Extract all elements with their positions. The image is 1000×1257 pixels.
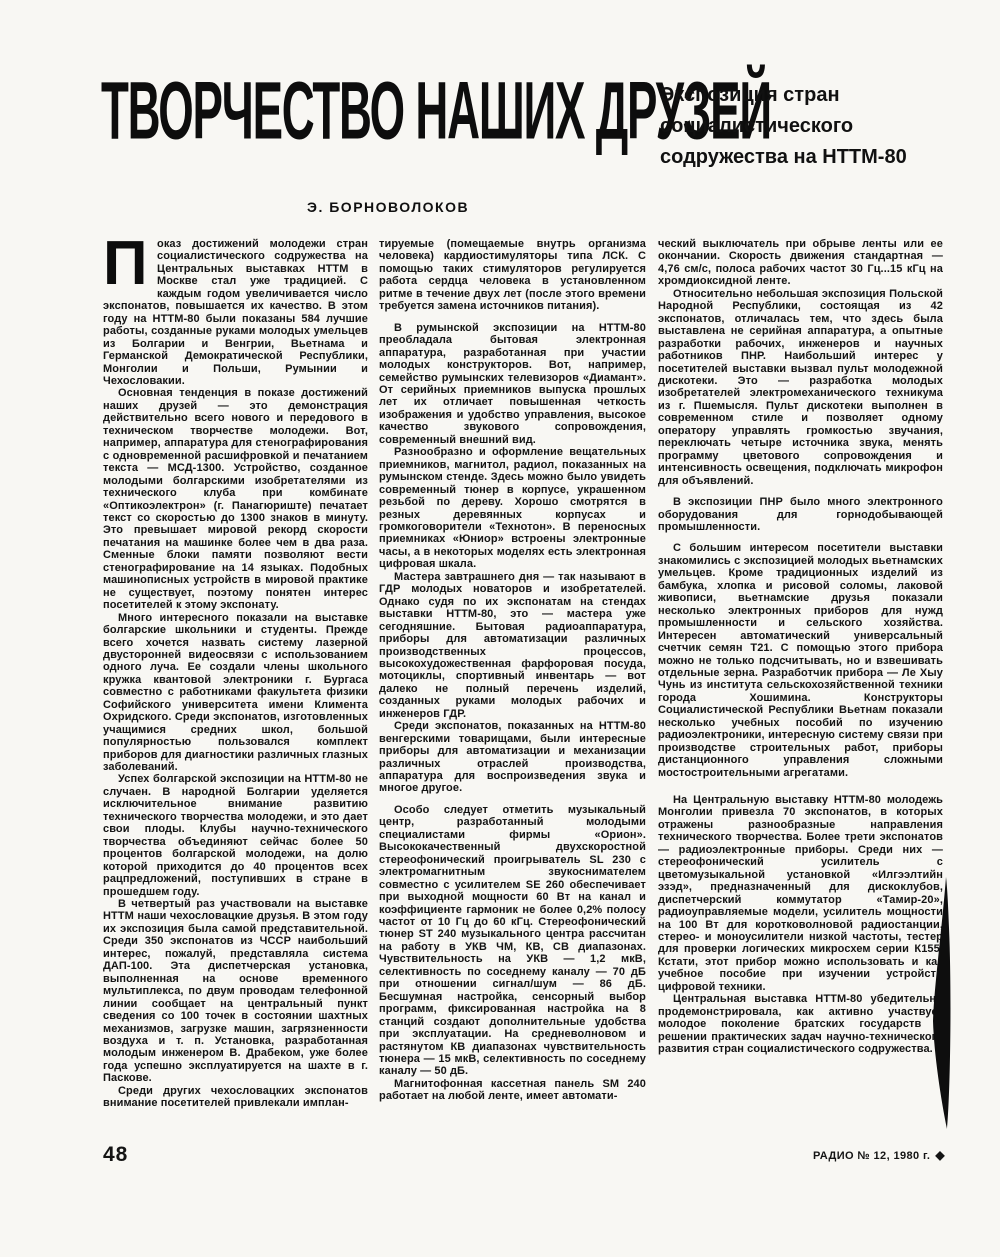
paragraph: Успех болгарской экспозиции на НТТМ-80 н… <box>103 773 368 898</box>
paragraph: тируемые (помещаемые внутрь организма че… <box>379 238 646 313</box>
paragraph: На Центральную выставку НТТМ-80 молодежь… <box>658 794 943 993</box>
dropcap: П <box>103 240 150 289</box>
paragraph: Центральная выставка НТТМ-80 убедительно… <box>658 993 943 1055</box>
paragraph: ческий выключатель при обрыве ленты или … <box>658 238 943 288</box>
column-1: Показ достижений молодежи стран социалис… <box>103 238 368 1110</box>
article-body: Показ достижений молодежи стран социалис… <box>103 238 943 1110</box>
column-3: ческий выключатель при обрыве ленты или … <box>658 238 943 1056</box>
paragraph: В четвертый раз участвовали на выставке … <box>103 898 368 1085</box>
paragraph: Среди других чехословацких экспонатов вн… <box>103 1085 368 1110</box>
journal-reference-text: РАДИО № 12, 1980 г. <box>813 1150 930 1162</box>
decorative-swash <box>929 876 955 1130</box>
paragraph: Много интересного показали на выставке б… <box>103 612 368 774</box>
paragraph: Относительно небольшая экспозиция Польск… <box>658 288 943 487</box>
paragraph: В румынской экспозиции на НТТМ-80 преобл… <box>379 322 646 447</box>
paragraph: В экспозиции ПНР было много электронного… <box>658 496 943 533</box>
column-2: тируемые (помещаемые внутрь организма че… <box>379 238 646 1103</box>
paragraph: Разнообразно и оформление вещательных пр… <box>379 446 646 571</box>
paragraph: Показ достижений молодежи стран социалис… <box>103 238 368 387</box>
journal-reference: РАДИО № 12, 1980 г.◆ <box>690 1148 945 1162</box>
author-byline: Э. БОРНОВОЛОКОВ <box>307 199 469 215</box>
paragraph: Среди экспонатов, показанных на НТТМ-80 … <box>379 720 646 795</box>
paragraph: С большим интересом посетители выставки … <box>658 542 943 779</box>
magazine-page: ТВОРЧЕСТВО НАШИХ ДРУЗЕЙ Экспозиция стран… <box>0 0 1000 1257</box>
subtitle: Экспозиция стран социалистического содру… <box>660 80 952 173</box>
paragraph: Особо следует отметить музыкальный центр… <box>379 804 646 1078</box>
page-number: 48 <box>103 1143 128 1167</box>
paragraph: Магнитофонная кассетная панель SM 240 ра… <box>379 1078 646 1103</box>
paragraph: Мастера завтрашнего дня — так называют в… <box>379 571 646 720</box>
paragraph: Основная тенденция в показе достижений н… <box>103 387 368 611</box>
end-mark-icon: ◆ <box>935 1148 945 1162</box>
